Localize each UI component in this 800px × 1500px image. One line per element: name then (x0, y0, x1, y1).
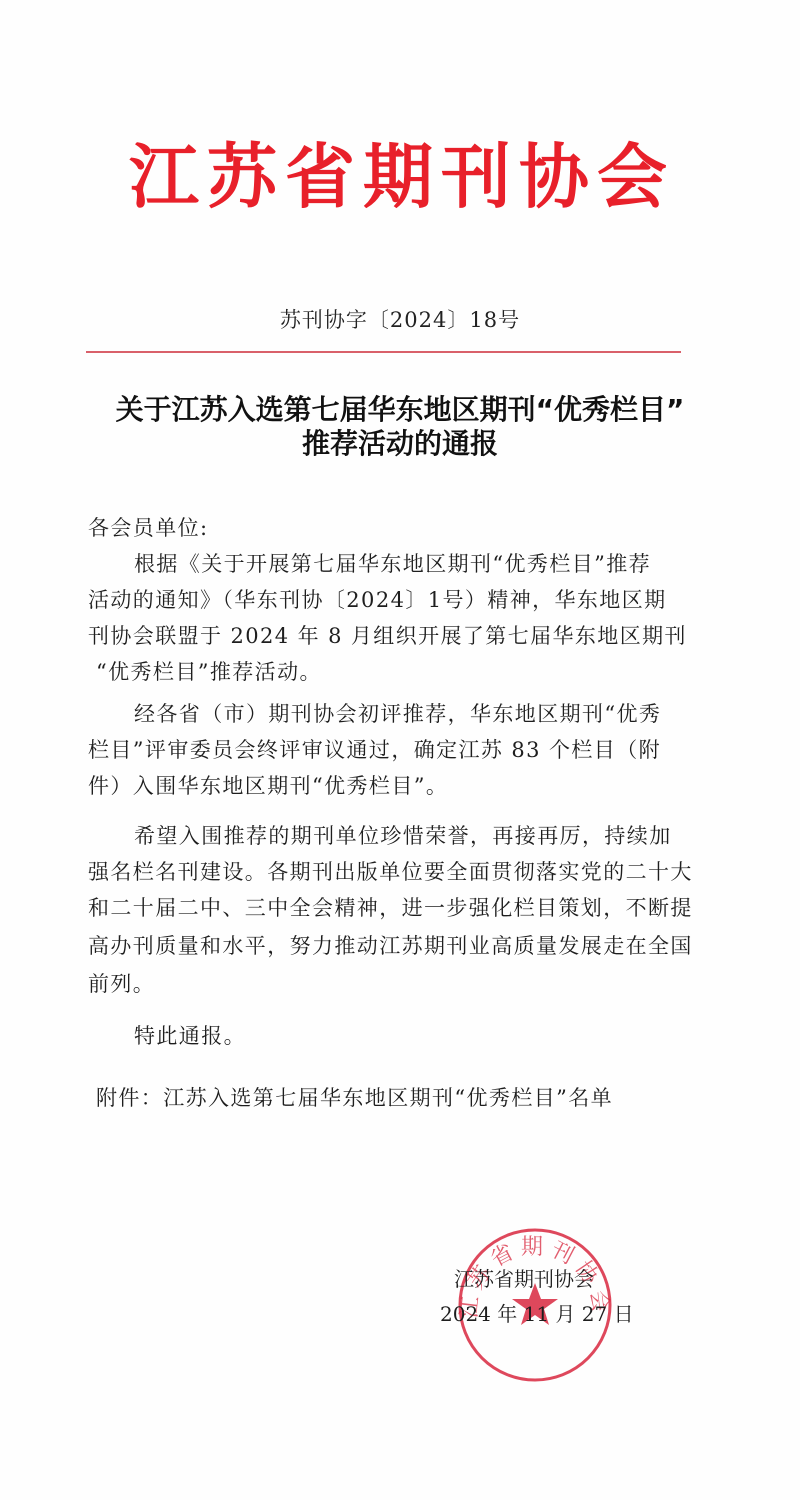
document-title-line-2: 推荐活动的通报 (60, 422, 740, 462)
body-line: 刊协会联盟于 2024 年 8 月组织开展了第七届华东地区期刊 (88, 620, 687, 650)
attachment-note: 附件：江苏入选第七届华东地区期刊“优秀栏目”名单 (96, 1082, 613, 1112)
body-line: 高办刊质量和水平，努力推动江苏期刊业高质量发展走在全国 (88, 930, 693, 960)
red-divider-line (86, 351, 681, 353)
organization-letterhead: 江苏省期刊协会 (112, 132, 692, 222)
body-line: 强名栏名刊建设。各期刊出版单位要全面贯彻落实党的二十大 (88, 856, 693, 886)
signature-date: 2024 年 11 月 27 日 (440, 1298, 634, 1327)
body-line: 栏目”评审委员会终评审议通过，确定江苏 83 个栏目（附 (88, 734, 661, 764)
body-line: 根据《关于开展第七届华东地区期刊“优秀栏目”推荐 (134, 548, 651, 578)
body-line: 活动的通知》（华东刊协〔2024〕1号）精神，华东地区期 (88, 584, 667, 614)
body-line: 经各省（市）期刊协会初评推荐，华东地区期刊“优秀 (134, 698, 661, 728)
closing-statement: 特此通报。 (134, 1020, 246, 1050)
body-line: 件）入围华东地区期刊“优秀栏目”。 (88, 770, 448, 800)
body-line: 前列。 (88, 968, 155, 998)
document-number: 苏刊协字〔2024〕18号 (0, 304, 800, 334)
body-line: “优秀栏目”推荐活动。 (96, 656, 322, 686)
document-page: 江苏省期刊协会 苏刊协字〔2024〕18号 关于江苏入选第七届华东地区期刊“优秀… (0, 0, 800, 1500)
body-line: 和二十届二中、三中全会精神，进一步强化栏目策划，不断提 (88, 892, 693, 922)
salutation: 各会员单位: (88, 512, 208, 542)
signature-organization: 江苏省期刊协会 (454, 1263, 594, 1292)
body-line: 希望入围推荐的期刊单位珍惜荣誉，再接再厉，持续加 (134, 820, 672, 850)
